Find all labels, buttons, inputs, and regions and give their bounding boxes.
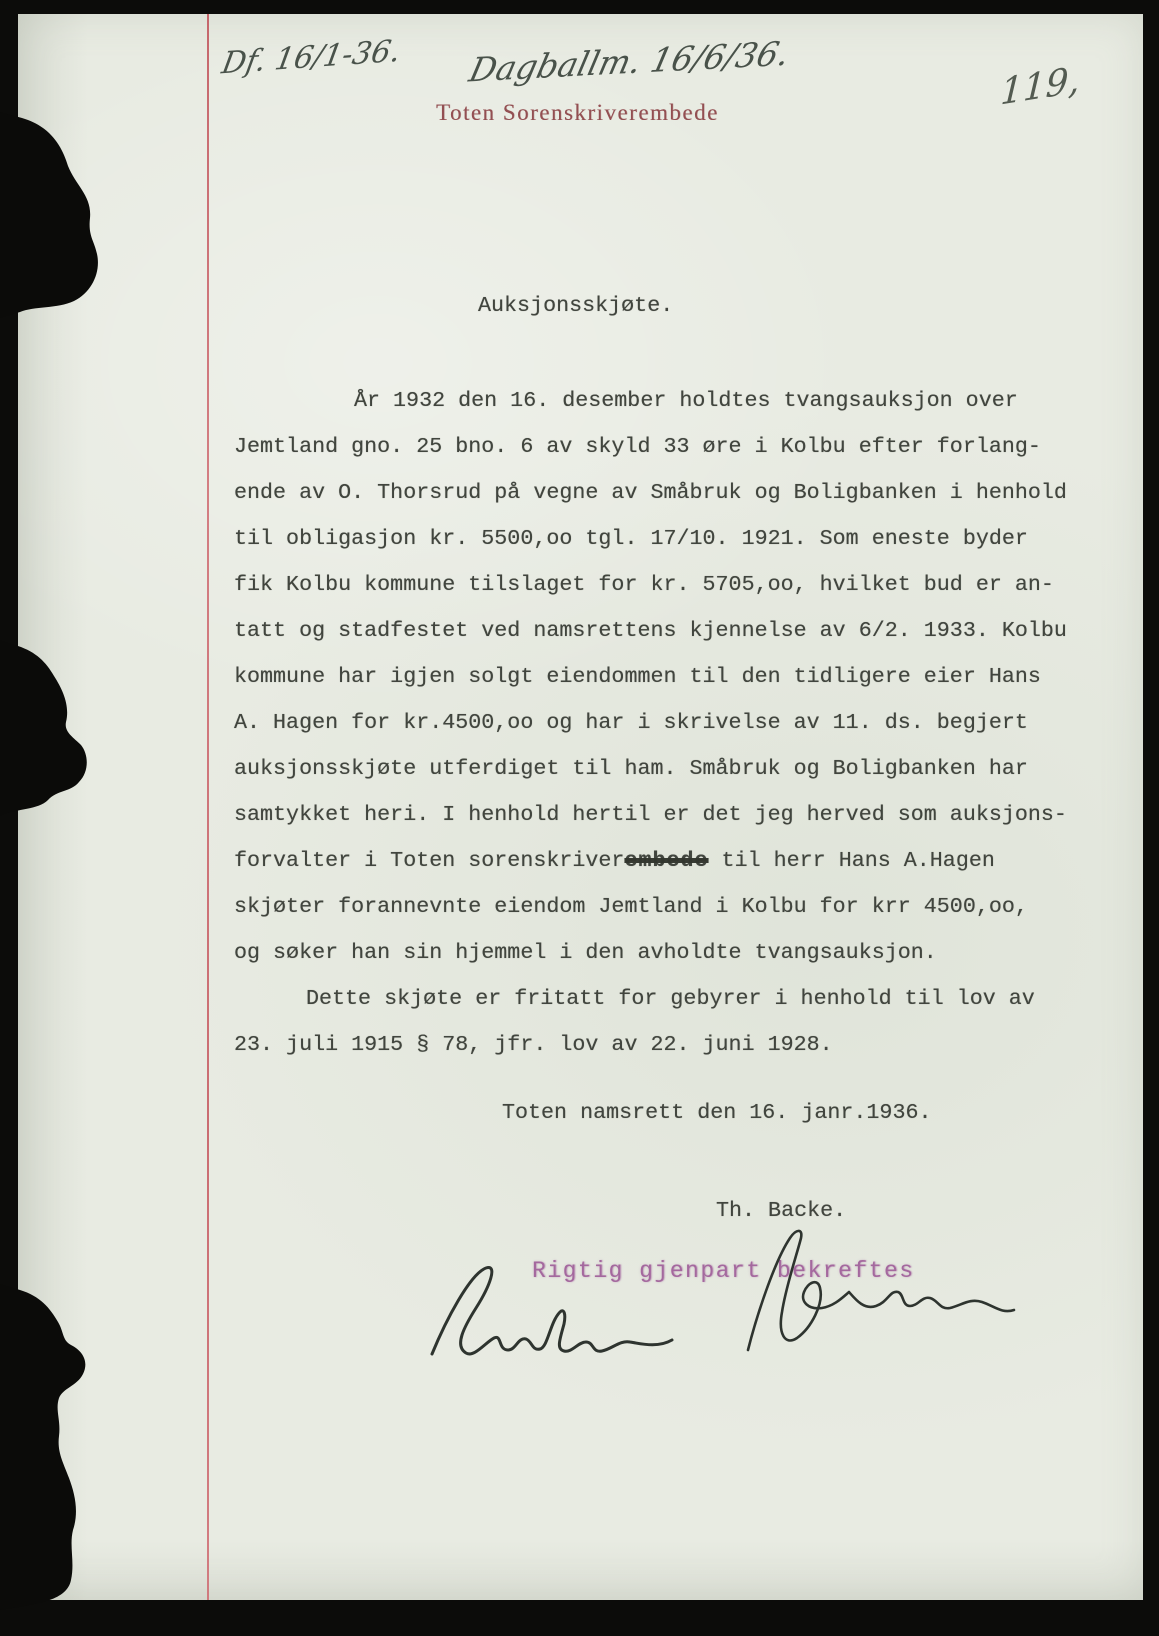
document-body: År 1932 den 16. desember holdtes tvangsa… — [234, 378, 1067, 1068]
body-line: 23. juli 1915 § 78, jfr. lov av 22. juni… — [234, 1022, 1067, 1068]
body-line: A. Hagen for kr.4500,oo og har i skrivel… — [234, 700, 1067, 746]
body-line: tatt og stadfestet ved namsrettens kjenn… — [234, 608, 1067, 654]
body-line: og søker han sin hjemmel i den avholdte … — [234, 930, 1067, 976]
scanned-document-page: Df. 16/1-36. Dagballm. 16/6/36. 119, Tot… — [0, 0, 1159, 1636]
body-line: til obligasjon kr. 5500,oo tgl. 17/10. 1… — [234, 516, 1067, 562]
body-line-with-correction: forvalter i Toten sorenskriverembede til… — [234, 838, 1067, 884]
body-line: fik Kolbu kommune tilslaget for kr. 5705… — [234, 562, 1067, 608]
body-line: samtykket heri. I henhold hertil er det … — [234, 792, 1067, 838]
body-line: auksjonsskjøte utferdiget til ham. Småbr… — [234, 746, 1067, 792]
body-text-segment: forvalter i Toten sorenskriver — [234, 848, 624, 873]
body-line: kommune har igjen solgt eiendommen til d… — [234, 654, 1067, 700]
body-line: År 1932 den 16. desember holdtes tvangsa… — [234, 378, 1067, 424]
place-date-line: Toten namsrett den 16. janr.1936. — [502, 1090, 931, 1136]
office-stamp-text: Toten Sorenskriverembede — [436, 100, 719, 126]
red-margin-rule — [207, 14, 209, 1600]
body-line: Jemtland gno. 25 bno. 6 av skyld 33 øre … — [234, 424, 1067, 470]
body-line: Dette skjøte er fritatt for gebyrer i he… — [234, 976, 1067, 1022]
signature-right — [702, 1228, 1027, 1353]
struck-out-word: embede — [624, 848, 708, 873]
body-text-segment: til herr Hans A.Hagen — [709, 848, 995, 873]
body-line: ende av O. Thorsrud på vegne av Småbruk … — [234, 470, 1067, 516]
body-line: skjøter forannevnte eiendom Jemtland i K… — [234, 884, 1067, 930]
signature-left — [418, 1262, 683, 1362]
document-title: Auksjonsskjøte. — [478, 283, 673, 329]
